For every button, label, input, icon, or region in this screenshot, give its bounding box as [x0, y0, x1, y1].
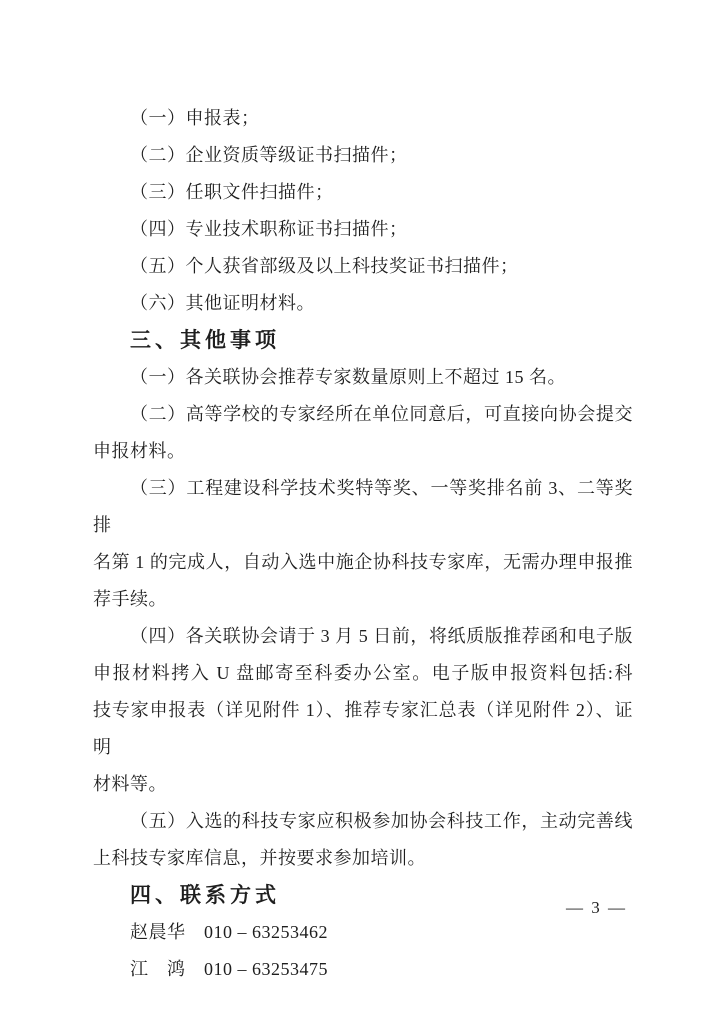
document-line: （六）其他证明材料。: [93, 285, 633, 322]
document-line: 材料等。: [93, 766, 633, 803]
document-line: （二）高等学校的专家经所在单位同意后，可直接向协会提交: [93, 396, 633, 433]
document-line: 荐手续。: [93, 581, 633, 618]
document-line: （三）任职文件扫描件；: [93, 174, 633, 211]
document-body: （一）申报表；（二）企业资质等级证书扫描件；（三）任职文件扫描件；（四）专业技术…: [93, 100, 633, 988]
document-line: （一）申报表；: [93, 100, 633, 137]
document-line: （三）工程建设科学技术奖特等奖、一等奖排名前 3、二等奖排: [93, 470, 633, 544]
document-line: 名第 1 的完成人，自动入选中施企协科技专家库，无需办理申报推: [93, 544, 633, 581]
document-line: 赵晨华 010 – 63253462: [93, 914, 633, 951]
document-line: （一）各关联协会推荐专家数量原则上不超过 15 名。: [93, 359, 633, 396]
document-line: 江 鸿 010 – 63253475: [93, 951, 633, 988]
document-page: （一）申报表；（二）企业资质等级证书扫描件；（三）任职文件扫描件；（四）专业技术…: [0, 0, 724, 1024]
document-line: （二）企业资质等级证书扫描件；: [93, 137, 633, 174]
document-line: 申报材料。: [93, 433, 633, 470]
document-line: 申报材料拷入 U 盘邮寄至科委办公室。电子版申报资料包括:科: [93, 655, 633, 692]
section-heading: 三、其他事项: [93, 322, 633, 359]
document-line: （四）各关联协会请于 3 月 5 日前，将纸质版推荐函和电子版: [93, 618, 633, 655]
document-line: 技专家申报表（详见附件 1）、推荐专家汇总表（详见附件 2）、证明: [93, 692, 633, 766]
document-line: （四）专业技术职称证书扫描件；: [93, 211, 633, 248]
document-line: （五）个人获省部级及以上科技奖证书扫描件；: [93, 248, 633, 285]
document-line: 上科技专家库信息，并按要求参加培训。: [93, 840, 633, 877]
document-line: （五）入选的科技专家应积极参加协会科技工作，主动完善线: [93, 803, 633, 840]
section-heading: 四、联系方式: [93, 877, 633, 914]
page-number: — 3 —: [566, 898, 627, 918]
